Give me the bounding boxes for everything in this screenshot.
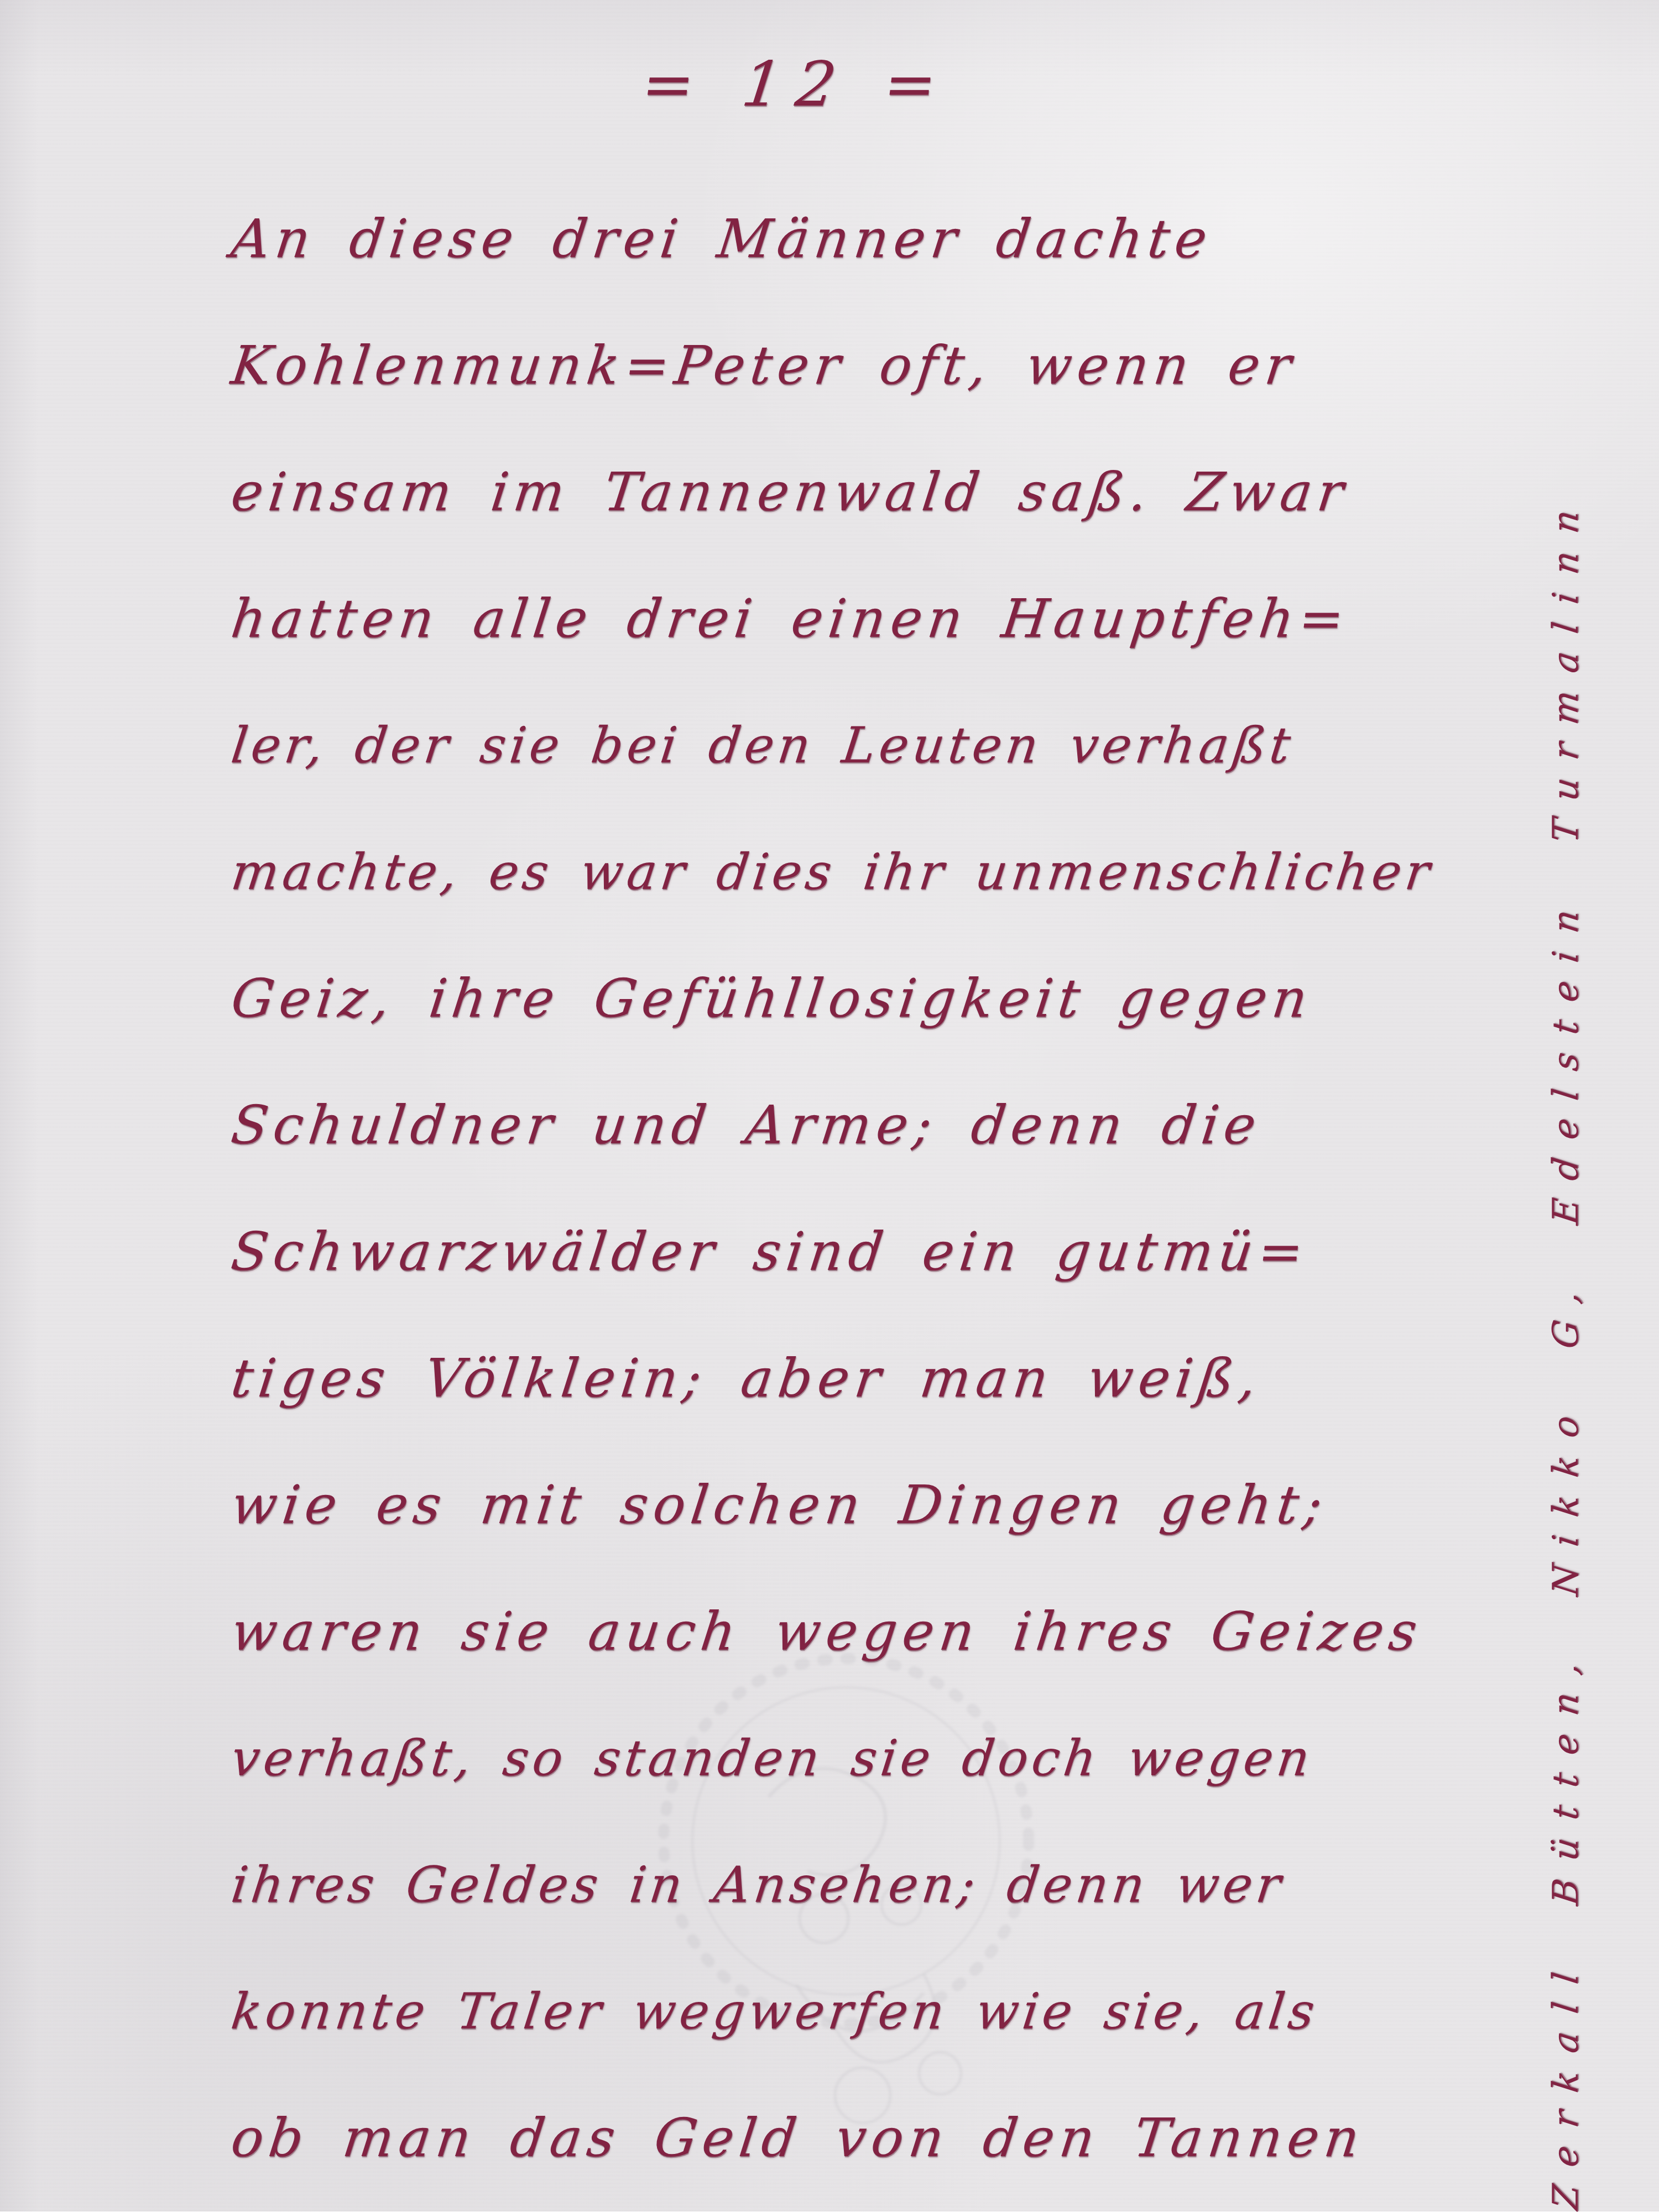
manuscript-line: konnte Taler wegwerfen wie sie, als	[224, 1948, 1567, 2075]
manuscript-line: wie es mit solchen Dingen geht;	[224, 1442, 1567, 1568]
manuscript-line: Kohlenmunk=Peter oft, wenn er	[224, 302, 1567, 429]
manuscript-line: Schuldner und Arme; denn die	[224, 1062, 1567, 1189]
manuscript-line: einsam im Tannenwald saß. Zwar	[224, 429, 1567, 556]
manuscript-text-block: An diese drei Männer dachte Kohlenmunk=P…	[224, 176, 1551, 2201]
manuscript-line: waren sie auch wegen ihres Geizes	[224, 1568, 1567, 1695]
manuscript-line: machte, es war dies ihr unmenschlicher	[224, 809, 1567, 935]
manuscript-paper: = 12 = An diese drei Männer dachte Kohle…	[0, 0, 1659, 2211]
manuscript-line: An diese drei Männer dachte	[224, 176, 1567, 302]
manuscript-line: Schwarzwälder sind ein gutmü=	[224, 1189, 1567, 1315]
manuscript-line: ihres Geldes in Ansehen; denn wer	[224, 1822, 1567, 1948]
page-number: = 12 =	[0, 49, 1597, 121]
manuscript-line: ob man das Geld von den Tannen	[224, 2075, 1567, 2201]
margin-materials-note: Zerkall Bütten, Nikko G, Edelstein Turma…	[1546, 383, 1587, 2211]
manuscript-line: Geiz, ihre Gefühllosigkeit gegen	[224, 935, 1567, 1062]
manuscript-line: ler, der sie bei den Leuten verhaßt	[224, 682, 1567, 809]
manuscript-line: verhaßt, so standen sie doch wegen	[224, 1695, 1567, 1822]
manuscript-line: tiges Völklein; aber man weiß,	[224, 1315, 1567, 1442]
manuscript-line: hatten alle drei einen Hauptfeh=	[224, 556, 1567, 682]
